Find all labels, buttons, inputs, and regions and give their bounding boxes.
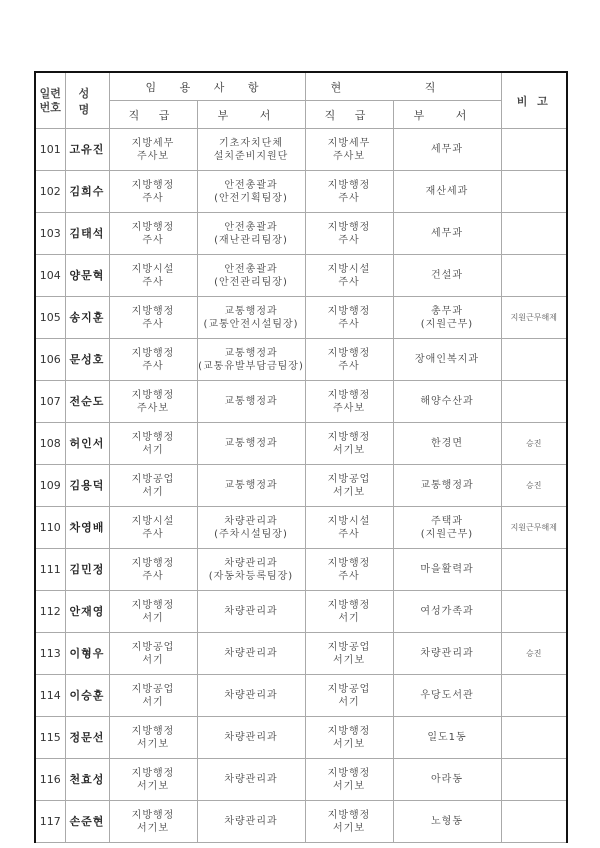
- current-rank-cell: 지방공업 서기보: [305, 465, 393, 507]
- header-remarks: 비 고: [501, 72, 567, 129]
- current-rank-cell: 지방행정 서기보: [305, 801, 393, 843]
- current-dept-cell: 총무과 (지원근무): [393, 297, 501, 339]
- remarks-cell: [501, 381, 567, 423]
- current-dept-cell: 여성가족과: [393, 591, 501, 633]
- new-rank-cell: 지방행정 주사: [109, 213, 197, 255]
- remarks-cell: 승진: [501, 423, 567, 465]
- header-new-rank: 직 급: [109, 101, 197, 129]
- serial-number-cell: 109: [35, 465, 65, 507]
- current-rank-cell: 지방행정 서기보: [305, 759, 393, 801]
- new-rank-cell: 지방행정 주사보: [109, 381, 197, 423]
- remarks-cell: [501, 801, 567, 843]
- header-name: 성 명: [65, 72, 109, 129]
- current-rank-cell: 지방행정 주사: [305, 213, 393, 255]
- new-dept-cell: 차량관리과 (주차시설팀장): [197, 507, 305, 549]
- current-dept-cell: 교통행정과: [393, 465, 501, 507]
- remarks-cell: 승진: [501, 633, 567, 675]
- table-row: 114 이승훈 지방공업 서기 차량관리과 지방공업 서기 우당도서관: [35, 675, 567, 717]
- name-cell: 김희수: [65, 171, 109, 213]
- appointment-table: 일련 번호 성 명 임 용 사 항 현 직 비 고 직 급 부 서 직 급 부 …: [34, 71, 568, 843]
- table-row: 109 김용덕 지방공업 서기 교통행정과 지방공업 서기보 교통행정과 승진: [35, 465, 567, 507]
- current-rank-cell: 지방행정 주사: [305, 171, 393, 213]
- header-current-dept: 부 서: [393, 101, 501, 129]
- current-dept-cell: 노형동: [393, 801, 501, 843]
- new-dept-cell: 차량관리과: [197, 633, 305, 675]
- table-row: 101 고유진 지방세무 주사보 기초자치단체 설치준비지원단 지방세무 주사보…: [35, 129, 567, 171]
- header-serial-number: 일련 번호: [35, 72, 65, 129]
- name-cell: 김민정: [65, 549, 109, 591]
- remarks-cell: [501, 129, 567, 171]
- table-row: 105 송지훈 지방행정 주사 교통행정과 (교통안전시설팀장) 지방행정 주사…: [35, 297, 567, 339]
- name-cell: 송지훈: [65, 297, 109, 339]
- new-rank-cell: 지방시설 주사: [109, 255, 197, 297]
- table-row: 104 양문혁 지방시설 주사 안전총괄과 (안전관리팀장) 지방시설 주사 건…: [35, 255, 567, 297]
- new-dept-cell: 안전총괄과 (안전관리팀장): [197, 255, 305, 297]
- new-dept-cell: 차량관리과: [197, 591, 305, 633]
- current-dept-cell: 세무과: [393, 129, 501, 171]
- new-rank-cell: 지방세무 주사보: [109, 129, 197, 171]
- name-cell: 김태석: [65, 213, 109, 255]
- remarks-cell: [501, 171, 567, 213]
- personnel-appointment-sheet: 일련 번호 성 명 임 용 사 항 현 직 비 고 직 급 부 서 직 급 부 …: [34, 71, 566, 843]
- serial-number-cell: 110: [35, 507, 65, 549]
- serial-number-cell: 113: [35, 633, 65, 675]
- header-current-position: 현 직: [305, 72, 501, 101]
- serial-number-cell: 101: [35, 129, 65, 171]
- remarks-cell: [501, 717, 567, 759]
- new-dept-cell: 차량관리과: [197, 759, 305, 801]
- name-cell: 이형우: [65, 633, 109, 675]
- current-dept-cell: 건설과: [393, 255, 501, 297]
- current-dept-cell: 주택과 (지원근무): [393, 507, 501, 549]
- serial-number-cell: 114: [35, 675, 65, 717]
- new-dept-cell: 교통행정과 (교통안전시설팀장): [197, 297, 305, 339]
- remarks-cell: [501, 213, 567, 255]
- header-appointment: 임 용 사 항: [109, 72, 305, 101]
- new-rank-cell: 지방행정 주사: [109, 171, 197, 213]
- current-rank-cell: 지방행정 서기보: [305, 717, 393, 759]
- table-row: 116 천효성 지방행정 서기보 차량관리과 지방행정 서기보 아라동: [35, 759, 567, 801]
- name-cell: 양문혁: [65, 255, 109, 297]
- serial-number-cell: 105: [35, 297, 65, 339]
- current-dept-cell: 우당도서관: [393, 675, 501, 717]
- serial-number-cell: 111: [35, 549, 65, 591]
- serial-number-cell: 107: [35, 381, 65, 423]
- new-dept-cell: 안전총괄과 (안전기획팀장): [197, 171, 305, 213]
- remarks-cell: [501, 549, 567, 591]
- name-cell: 안재영: [65, 591, 109, 633]
- current-rank-cell: 지방행정 주사: [305, 339, 393, 381]
- new-dept-cell: 교통행정과: [197, 381, 305, 423]
- new-rank-cell: 지방행정 서기: [109, 423, 197, 465]
- current-dept-cell: 한경면: [393, 423, 501, 465]
- table-row: 106 문성호 지방행정 주사 교통행정과 (교통유발부담금팀장) 지방행정 주…: [35, 339, 567, 381]
- serial-number-cell: 112: [35, 591, 65, 633]
- remarks-cell: 지원근무해제: [501, 297, 567, 339]
- current-dept-cell: 차량관리과: [393, 633, 501, 675]
- remarks-cell: 승진: [501, 465, 567, 507]
- remarks-cell: [501, 591, 567, 633]
- table-header: 일련 번호 성 명 임 용 사 항 현 직 비 고 직 급 부 서 직 급 부 …: [35, 72, 567, 129]
- header-current-rank: 직 급: [305, 101, 393, 129]
- serial-number-cell: 103: [35, 213, 65, 255]
- serial-number-cell: 116: [35, 759, 65, 801]
- new-rank-cell: 지방행정 주사: [109, 297, 197, 339]
- serial-number-cell: 102: [35, 171, 65, 213]
- serial-number-cell: 117: [35, 801, 65, 843]
- remarks-cell: [501, 255, 567, 297]
- new-rank-cell: 지방행정 서기: [109, 591, 197, 633]
- table-row: 110 차영배 지방시설 주사 차량관리과 (주차시설팀장) 지방시설 주사 주…: [35, 507, 567, 549]
- current-dept-cell: 일도1동: [393, 717, 501, 759]
- new-dept-cell: 차량관리과 (자동차등록팀장): [197, 549, 305, 591]
- new-rank-cell: 지방행정 주사: [109, 339, 197, 381]
- current-rank-cell: 지방행정 주사보: [305, 381, 393, 423]
- name-cell: 문성호: [65, 339, 109, 381]
- new-dept-cell: 교통행정과 (교통유발부담금팀장): [197, 339, 305, 381]
- current-dept-cell: 장애인복지과: [393, 339, 501, 381]
- name-cell: 허인서: [65, 423, 109, 465]
- name-cell: 김용덕: [65, 465, 109, 507]
- new-dept-cell: 안전총괄과 (재난관리팀장): [197, 213, 305, 255]
- current-rank-cell: 지방시설 주사: [305, 507, 393, 549]
- new-rank-cell: 지방행정 서기보: [109, 801, 197, 843]
- name-cell: 이승훈: [65, 675, 109, 717]
- new-rank-cell: 지방공업 서기: [109, 675, 197, 717]
- header-new-dept: 부 서: [197, 101, 305, 129]
- remarks-cell: 지원근무해제: [501, 507, 567, 549]
- new-rank-cell: 지방공업 서기: [109, 633, 197, 675]
- current-dept-cell: 세무과: [393, 213, 501, 255]
- table-row: 112 안재영 지방행정 서기 차량관리과 지방행정 서기 여성가족과: [35, 591, 567, 633]
- current-rank-cell: 지방공업 서기: [305, 675, 393, 717]
- new-dept-cell: 차량관리과: [197, 801, 305, 843]
- new-rank-cell: 지방행정 주사: [109, 549, 197, 591]
- new-rank-cell: 지방행정 서기보: [109, 717, 197, 759]
- serial-number-cell: 106: [35, 339, 65, 381]
- new-dept-cell: 교통행정과: [197, 465, 305, 507]
- remarks-cell: [501, 675, 567, 717]
- table-body: 101 고유진 지방세무 주사보 기초자치단체 설치준비지원단 지방세무 주사보…: [35, 129, 567, 843]
- current-rank-cell: 지방행정 서기보: [305, 423, 393, 465]
- current-rank-cell: 지방행정 주사: [305, 297, 393, 339]
- name-cell: 고유진: [65, 129, 109, 171]
- current-rank-cell: 지방행정 주사: [305, 549, 393, 591]
- current-dept-cell: 해양수산과: [393, 381, 501, 423]
- name-cell: 손준현: [65, 801, 109, 843]
- name-cell: 차영배: [65, 507, 109, 549]
- current-dept-cell: 재산세과: [393, 171, 501, 213]
- table-row: 115 정문선 지방행정 서기보 차량관리과 지방행정 서기보 일도1동: [35, 717, 567, 759]
- table-row: 103 김태석 지방행정 주사 안전총괄과 (재난관리팀장) 지방행정 주사 세…: [35, 213, 567, 255]
- new-dept-cell: 교통행정과: [197, 423, 305, 465]
- table-row: 107 전순도 지방행정 주사보 교통행정과 지방행정 주사보 해양수산과: [35, 381, 567, 423]
- current-dept-cell: 마을활력과: [393, 549, 501, 591]
- new-dept-cell: 기초자치단체 설치준비지원단: [197, 129, 305, 171]
- table-row: 108 허인서 지방행정 서기 교통행정과 지방행정 서기보 한경면 승진: [35, 423, 567, 465]
- current-rank-cell: 지방행정 서기: [305, 591, 393, 633]
- name-cell: 정문선: [65, 717, 109, 759]
- new-rank-cell: 지방행정 서기보: [109, 759, 197, 801]
- table-row: 117 손준현 지방행정 서기보 차량관리과 지방행정 서기보 노형동: [35, 801, 567, 843]
- remarks-cell: [501, 759, 567, 801]
- current-rank-cell: 지방공업 서기보: [305, 633, 393, 675]
- table-row: 111 김민정 지방행정 주사 차량관리과 (자동차등록팀장) 지방행정 주사 …: [35, 549, 567, 591]
- name-cell: 천효성: [65, 759, 109, 801]
- new-rank-cell: 지방공업 서기: [109, 465, 197, 507]
- serial-number-cell: 104: [35, 255, 65, 297]
- remarks-cell: [501, 339, 567, 381]
- table-row: 102 김희수 지방행정 주사 안전총괄과 (안전기획팀장) 지방행정 주사 재…: [35, 171, 567, 213]
- name-cell: 전순도: [65, 381, 109, 423]
- table-row: 113 이형우 지방공업 서기 차량관리과 지방공업 서기보 차량관리과 승진: [35, 633, 567, 675]
- new-dept-cell: 차량관리과: [197, 717, 305, 759]
- current-rank-cell: 지방세무 주사보: [305, 129, 393, 171]
- current-dept-cell: 아라동: [393, 759, 501, 801]
- serial-number-cell: 108: [35, 423, 65, 465]
- new-dept-cell: 차량관리과: [197, 675, 305, 717]
- current-rank-cell: 지방시설 주사: [305, 255, 393, 297]
- serial-number-cell: 115: [35, 717, 65, 759]
- new-rank-cell: 지방시설 주사: [109, 507, 197, 549]
